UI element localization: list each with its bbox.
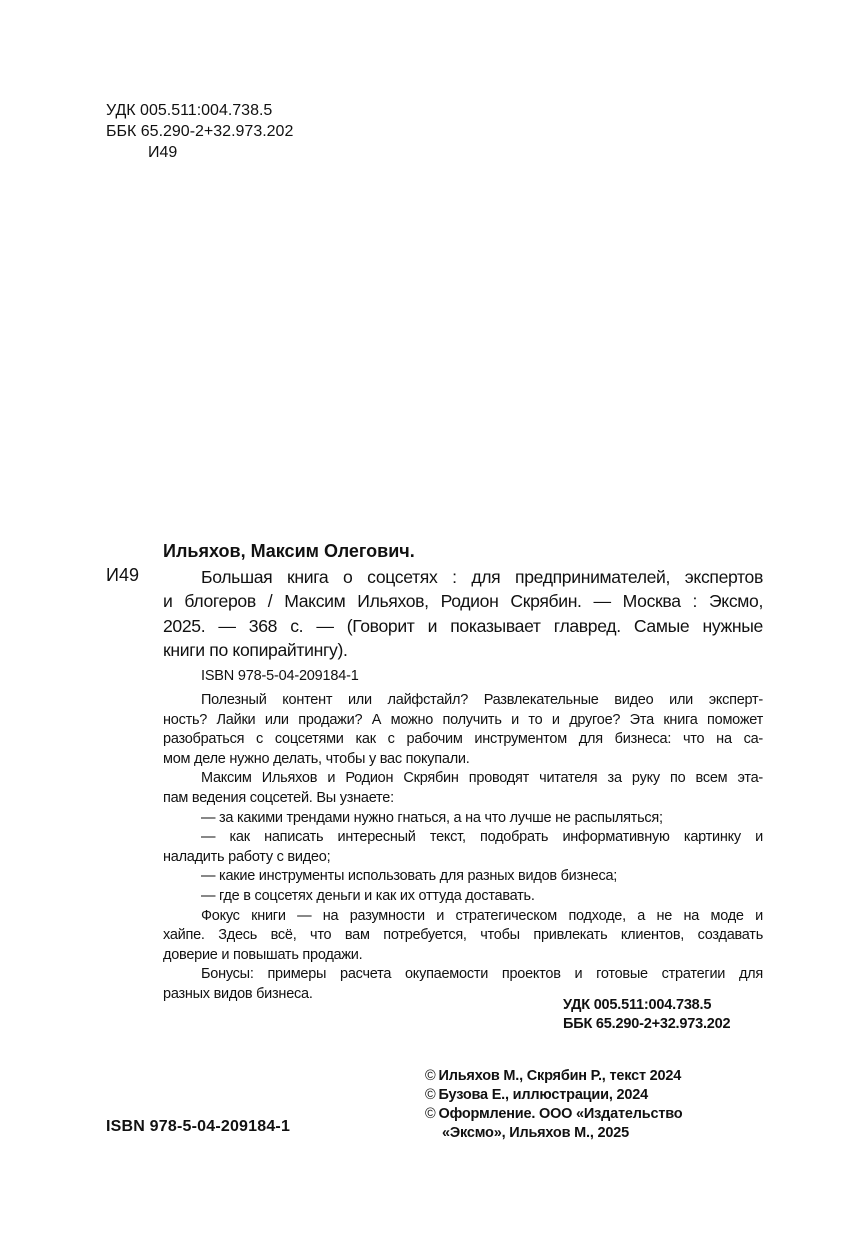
annotation-line: мом деле нужно делать, чтобы у вас покуп… xyxy=(163,750,763,770)
annotation-line: Фокус книги — на разумности и стратегиче… xyxy=(163,907,763,927)
bottom-classification-block: УДК 005.511:004.738.5 ББК 65.290-2+32.97… xyxy=(563,996,730,1034)
annotation-line: Полезный контент или лайфстайл? Развлека… xyxy=(163,691,763,711)
annotation-line: разобраться с соцсетями как с рабочим ин… xyxy=(163,730,763,750)
annotation-line: — за какими трендами нужно гнаться, а на… xyxy=(163,809,763,829)
copyright-line-continued: «Эксмо», Ильяхов М., 2025 xyxy=(425,1124,682,1143)
copyright-line: ©Оформление. ООО «Издательство xyxy=(425,1105,682,1124)
copyright-icon: © xyxy=(425,1087,435,1103)
annotation-text: Полезный контент или лайфстайл? Развлека… xyxy=(163,691,763,1005)
copyright-text: Ильяхов М., Скрябин Р., текст 2024 xyxy=(438,1068,681,1084)
udk-code-bold: УДК 005.511:004.738.5 xyxy=(563,996,730,1015)
biblio-line: Большая книга о соцсетях : для предприни… xyxy=(163,565,763,589)
author-heading: Ильяхов, Максим Олегович. xyxy=(163,540,415,562)
annotation-line: — как написать интересный текст, подобра… xyxy=(163,828,763,848)
copyright-icon: © xyxy=(425,1068,435,1084)
annotation-line: Бонусы: примеры расчета окупаемости прое… xyxy=(163,965,763,985)
bibliographic-description: Большая книга о соцсетях : для предприни… xyxy=(163,565,763,662)
annotation-line: наладить работу с видео; xyxy=(163,848,763,868)
top-classification-block: УДК 005.511:004.738.5 ББК 65.290-2+32.97… xyxy=(106,100,293,163)
isbn-bold: ISBN 978-5-04-209184-1 xyxy=(106,1117,290,1137)
annotation-line: Максим Ильяхов и Родион Скрябин проводят… xyxy=(163,769,763,789)
bbk-code: ББК 65.290-2+32.973.202 xyxy=(106,121,293,142)
copyright-block: ©Ильяхов М., Скрябин Р., текст 2024 ©Буз… xyxy=(425,1067,682,1143)
copyright-text: Бузова Е., иллюстрации, 2024 xyxy=(438,1087,647,1103)
udk-code: УДК 005.511:004.738.5 xyxy=(106,100,293,121)
copyright-line: ©Бузова Е., иллюстрации, 2024 xyxy=(425,1086,682,1105)
annotation-line: — какие инструменты использовать для раз… xyxy=(163,867,763,887)
biblio-line: книги по копирайтингу). xyxy=(163,638,763,662)
annotation-line: пам ведения соцсетей. Вы узнаете: xyxy=(163,789,763,809)
bbk-code-bold: ББК 65.290-2+32.973.202 xyxy=(563,1015,730,1034)
author-mark: И49 xyxy=(106,142,293,163)
annotation-line: доверие и повышать продажи. xyxy=(163,946,763,966)
copyright-line: ©Ильяхов М., Скрябин Р., текст 2024 xyxy=(425,1067,682,1086)
copyright-icon: © xyxy=(425,1106,435,1122)
biblio-line: 2025. — 368 с. — (Говорит и показывает г… xyxy=(163,614,763,638)
isbn-catalog: ISBN 978-5-04-209184-1 xyxy=(201,667,359,685)
card-author-mark: И49 xyxy=(106,564,139,586)
annotation-line: — где в соцсетях деньги и как их оттуда … xyxy=(163,887,763,907)
annotation-line: ность? Лайки или продажи? А можно получи… xyxy=(163,711,763,731)
copyright-text: Оформление. ООО «Издательство xyxy=(438,1106,682,1122)
annotation-line: хайпе. Здесь всё, что вам потребуется, ч… xyxy=(163,926,763,946)
biblio-line: и блогеров / Максим Ильяхов, Родион Скря… xyxy=(163,589,763,613)
